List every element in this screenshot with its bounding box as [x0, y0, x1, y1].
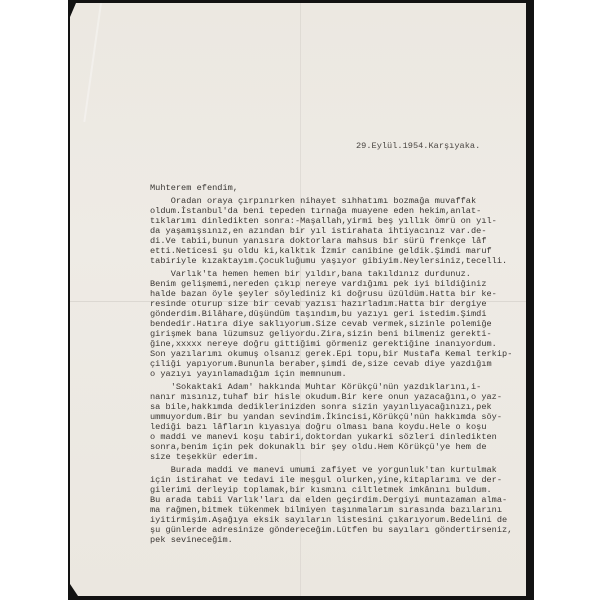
page-corner-shadow — [70, 3, 76, 17]
paragraph-1-line: Oradan oraya çırpınırken nihayet sıhhatı… — [150, 196, 476, 206]
paragraph-3-line: ummuyordum.Bir bu yandan sevindim.İkinci… — [150, 412, 502, 422]
salutation: Muhterem efendim, — [150, 183, 238, 193]
paragraph-4-line: pek sevineceğim. — [150, 535, 233, 545]
paragraph-4-line: gilerimi derleyip toplamak,bir kısmını c… — [150, 485, 492, 495]
paragraph-1-line: etti.Neticesi şu oldu ki,kalktık İzmir c… — [150, 246, 492, 256]
paragraph-2-line: ğine,xxxxx nereye doğru gittiğimi görmen… — [150, 339, 497, 349]
paragraph-2-line: Benim gelişmemi,nereden çıkıp nereye var… — [150, 279, 487, 289]
paragraph-1-line: da yaşamışsınız,en azından bir yıl istir… — [150, 226, 487, 236]
paragraph-2-line: Varlık'ta hemen hemen bir yıldır,bana ta… — [150, 269, 471, 279]
paragraph-3-line: lediği bazı lâfların kıyasıya doğru olma… — [150, 422, 487, 432]
paragraph-3-line: size teşekkür ederim. — [150, 452, 259, 462]
page-corner-shadow — [70, 584, 78, 596]
paragraph-4-line: Burada maddi ve manevi umumi zafiyet ve … — [150, 465, 497, 475]
date-line: 29.Eylül.1954.Karşıyaka. — [356, 141, 480, 151]
paragraph-4-line: iyitirmişim.Aşağıya eksik sayıların list… — [150, 515, 507, 525]
paragraph-3-line: nanır mısınız,tuhaf bir hisle okudum.Bir… — [150, 392, 502, 402]
paragraph-3-line: sonra,benim için pek dokunaklı bir şey o… — [150, 442, 487, 452]
paragraph-2-line: resinde oturup size bir cevab yazısı haz… — [150, 299, 487, 309]
paragraph-2-line: Son yazılarımı okumuş olsanız gerek.Epi … — [150, 349, 512, 359]
paragraph-3-line: sa bile,hakkımda dediklerinizden sonra s… — [150, 402, 492, 412]
paragraph-1-line: di.Ve tabii,bunun yanısıra doktorlara ma… — [150, 236, 487, 246]
paragraph-2-line: bendedir.Hatıra diye saklıyorum.Size cev… — [150, 319, 492, 329]
paragraph-1-line: oldum.İstanbul'da beni tepeden tırnağa m… — [150, 206, 481, 216]
paragraph-3-line: 'Sokaktaki Adam' hakkında Muhtar Körükçü… — [150, 382, 481, 392]
paragraph-2-line: halde bazan öyle şeyler söylediniz ki do… — [150, 289, 497, 299]
paragraph-1-line: tıklarımı dinledikten sonra:-Maşallah,yi… — [150, 216, 497, 226]
paragraph-1-line: tabiriyle kızaktayım.Çocukluğumu yaşıyor… — [150, 256, 507, 266]
paragraph-4-line: şu günlerde adresinize göndereceğim.Lütf… — [150, 525, 512, 535]
paragraph-3-line: o maddi ve manevi koşu tabiri,doktordan … — [150, 432, 497, 442]
paragraph-2-line: çiliği yapıyorum.Bununla beraber,şimdi d… — [150, 359, 492, 369]
paper-crease — [83, 3, 102, 122]
paragraph-4-line: Bu arada tabii Varlık'ları da elden geçi… — [150, 495, 507, 505]
paragraph-4-line: için istirahat ve tedavi ile meşgul olur… — [150, 475, 502, 485]
paragraph-4-line: ma rağmen,bitmek tükenmek bilmiyen taşın… — [150, 505, 502, 515]
paragraph-2-line: o yazıyı yayınlamadığım için memnunum. — [150, 369, 347, 379]
paragraph-2-line: girişmek bana lüzumsuz geliyordu.Zira,si… — [150, 329, 492, 339]
paragraph-2-line: gönderdim.Bilâhare,düşündüm taşındım,bu … — [150, 309, 487, 319]
